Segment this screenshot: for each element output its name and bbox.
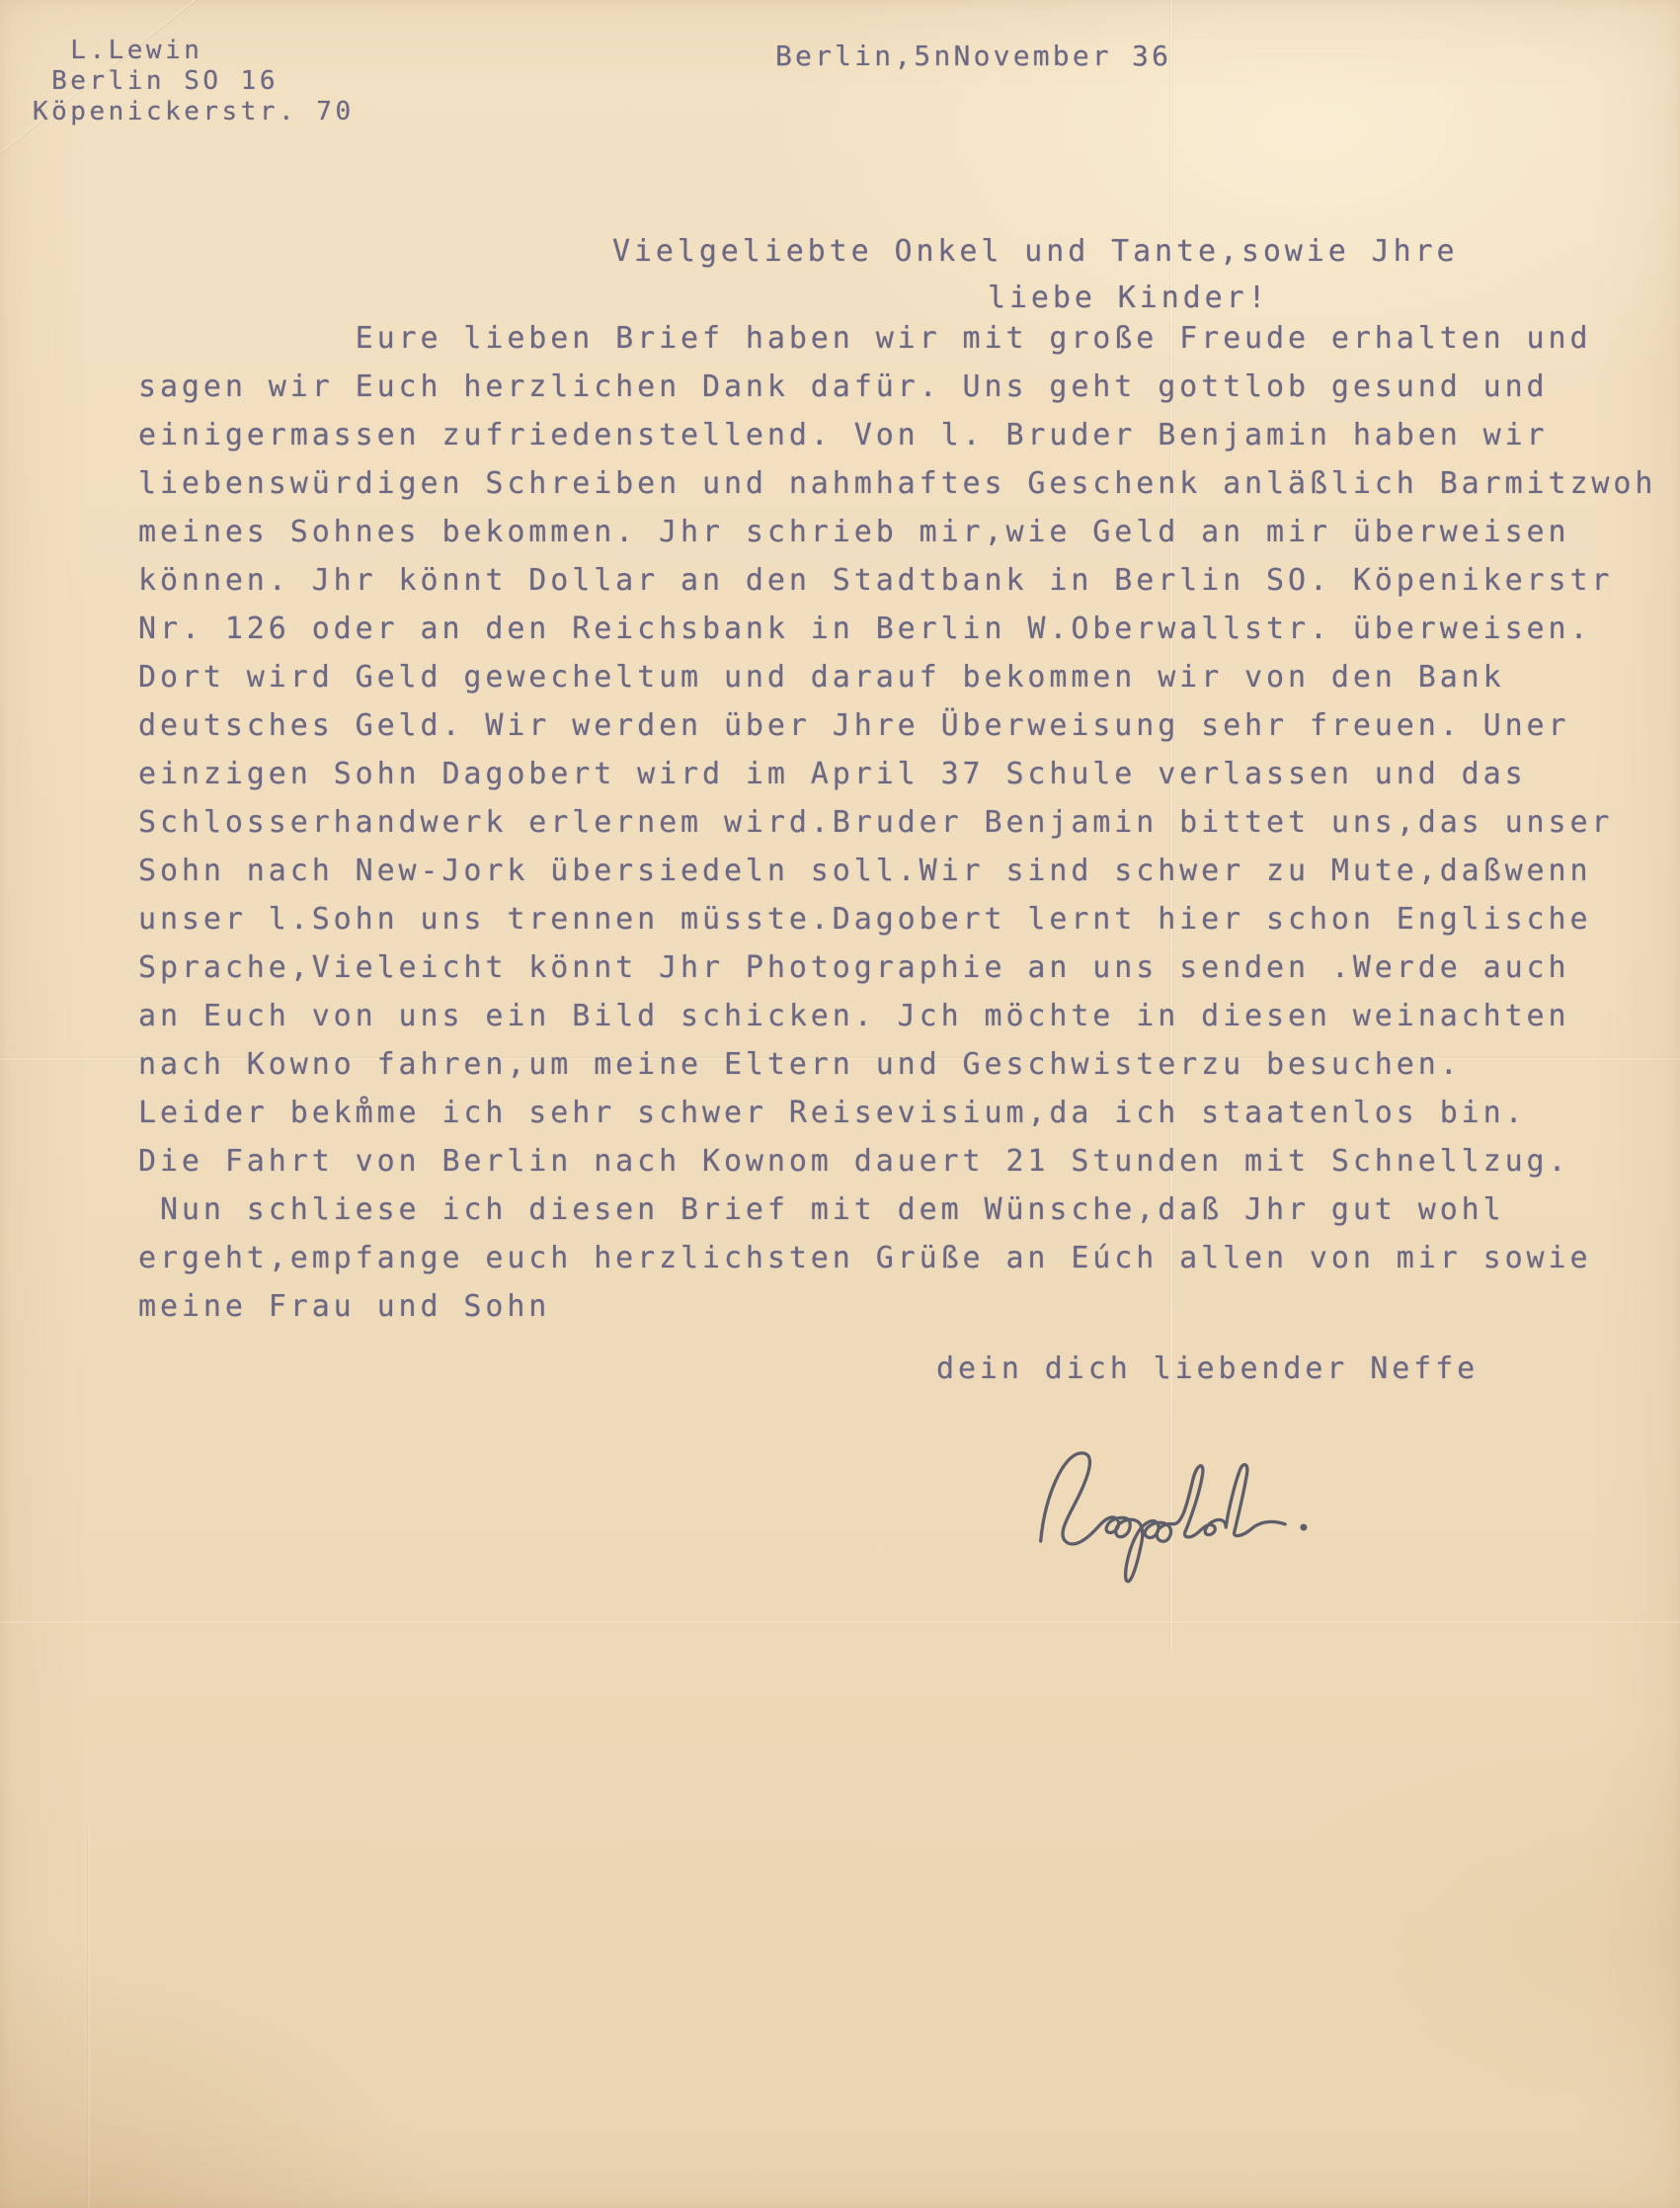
body-line: Eure lieben Brief haben wir mit große Fr… — [138, 314, 1640, 363]
salutation-line-1: Vielgeliebte Onkel und Tante,sowie Jhre — [612, 234, 1459, 269]
bottom-left-crease — [87, 1828, 90, 2208]
body-line: Nun schliese ich diesen Brief mit dem Wü… — [138, 1186, 1640, 1234]
sender-address-line: Köpenickerstr. 70 — [33, 97, 355, 127]
body-line: nach Kowno fahren,um meine Eltern und Ge… — [138, 1040, 1640, 1089]
body-line: sagen wir Euch herzlichen Dank dafür. Un… — [138, 363, 1640, 411]
body-line: meines Sohnes bekommen. Jhr schrieb mir,… — [138, 508, 1640, 556]
signature-ink-strokes — [1020, 1413, 1336, 1616]
body-line: können. Jhr könnt Dollar an den Stadtban… — [138, 556, 1640, 605]
closing-line: dein dich liebender Neffe — [936, 1351, 1479, 1386]
body-line: ergeht,empfange euch herzlichsten Grüße … — [138, 1234, 1640, 1282]
body-line: Nr. 126 oder an den Reichsbank in Berlin… — [138, 605, 1640, 653]
sender-address-block: L.Lewin Berlin SO 16Köpenickerstr. 70 — [33, 36, 355, 127]
horizontal-fold-crease-lower — [0, 1620, 1680, 1624]
body-line: deutsches Geld. Wir werden über Jhre Übe… — [138, 701, 1640, 750]
body-line: Dort wird Geld gewecheltum und darauf be… — [138, 653, 1640, 701]
sender-address-line: Berlin SO 16 — [33, 66, 355, 97]
body-line: unser l.Sohn uns trennen müsste.Dagobert… — [138, 895, 1640, 943]
body-line: liebenswürdigen Schreiben und nahmhaftes… — [138, 459, 1640, 508]
salutation-line-2: liebe Kinder! — [988, 281, 1270, 315]
letter-page: L.Lewin Berlin SO 16Köpenickerstr. 70 Be… — [0, 0, 1680, 2208]
body-line: Leider bekm̊me ich sehr schwer Reisevisi… — [138, 1089, 1640, 1137]
body-line: einzigen Sohn Dagobert wird im April 37 … — [138, 750, 1640, 798]
sender-address-line: L.Lewin — [33, 36, 355, 66]
dateline: Berlin,5nNovember 36 — [775, 40, 1171, 72]
body-line: meine Frau und Sohn — [138, 1282, 1640, 1331]
body-line: Sohn nach New-Jork übersiedeln soll.Wir … — [138, 847, 1640, 895]
body-line: einigermassen zufriedenstellend. Von l. … — [138, 411, 1640, 459]
handwritten-signature: Leopold. — [1020, 1413, 1336, 1616]
body-line: Sprache,Vieleicht könnt Jhr Photographie… — [138, 943, 1640, 992]
body-line: Schlosserhandwerk erlernem wird.Bruder B… — [138, 798, 1640, 847]
body-line: an Euch von uns ein Bild schicken. Jch m… — [138, 992, 1640, 1040]
body-line: Die Fahrt von Berlin nach Kownom dauert … — [138, 1137, 1640, 1186]
letter-body: Eure lieben Brief haben wir mit große Fr… — [138, 314, 1640, 1331]
